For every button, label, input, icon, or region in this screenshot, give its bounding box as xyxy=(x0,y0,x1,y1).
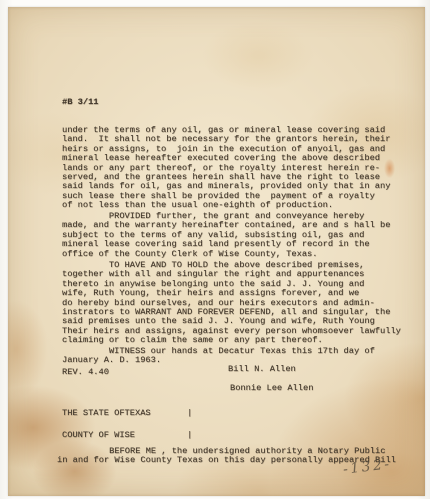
county-of-wise-line: COUNTY OF WISE | xyxy=(62,431,192,440)
paper-sheet: #B 3/11 under the terms of any oil, gas … xyxy=(8,7,425,496)
body-paragraph-oil-gas-lease: under the terms of any oil, gas or miner… xyxy=(62,126,390,211)
scanned-document-screenshot: { "document": { "doc_number": "#B 3/11",… xyxy=(0,0,430,499)
body-paragraph-provided-further: PROVIDED further, the grant and conveyan… xyxy=(62,212,390,259)
signature-line-bill-allen: Bill N. Allen xyxy=(228,365,296,374)
body-paragraph-habendum-clause: TO HAVE AND TO HOLD the above described … xyxy=(62,261,401,346)
signature-line-bonnie-allen: Bonnie Lee Allen xyxy=(230,384,313,393)
body-paragraph-witness-clause: WITNESS our hands at Decatur Texas this … xyxy=(62,347,375,366)
doc-number-header: #B 3/11 xyxy=(62,98,99,107)
state-of-texas-line: THE STATE OFTEXAS | xyxy=(62,409,192,418)
revenue-stamp-note: REV. 4.40 xyxy=(62,368,109,377)
